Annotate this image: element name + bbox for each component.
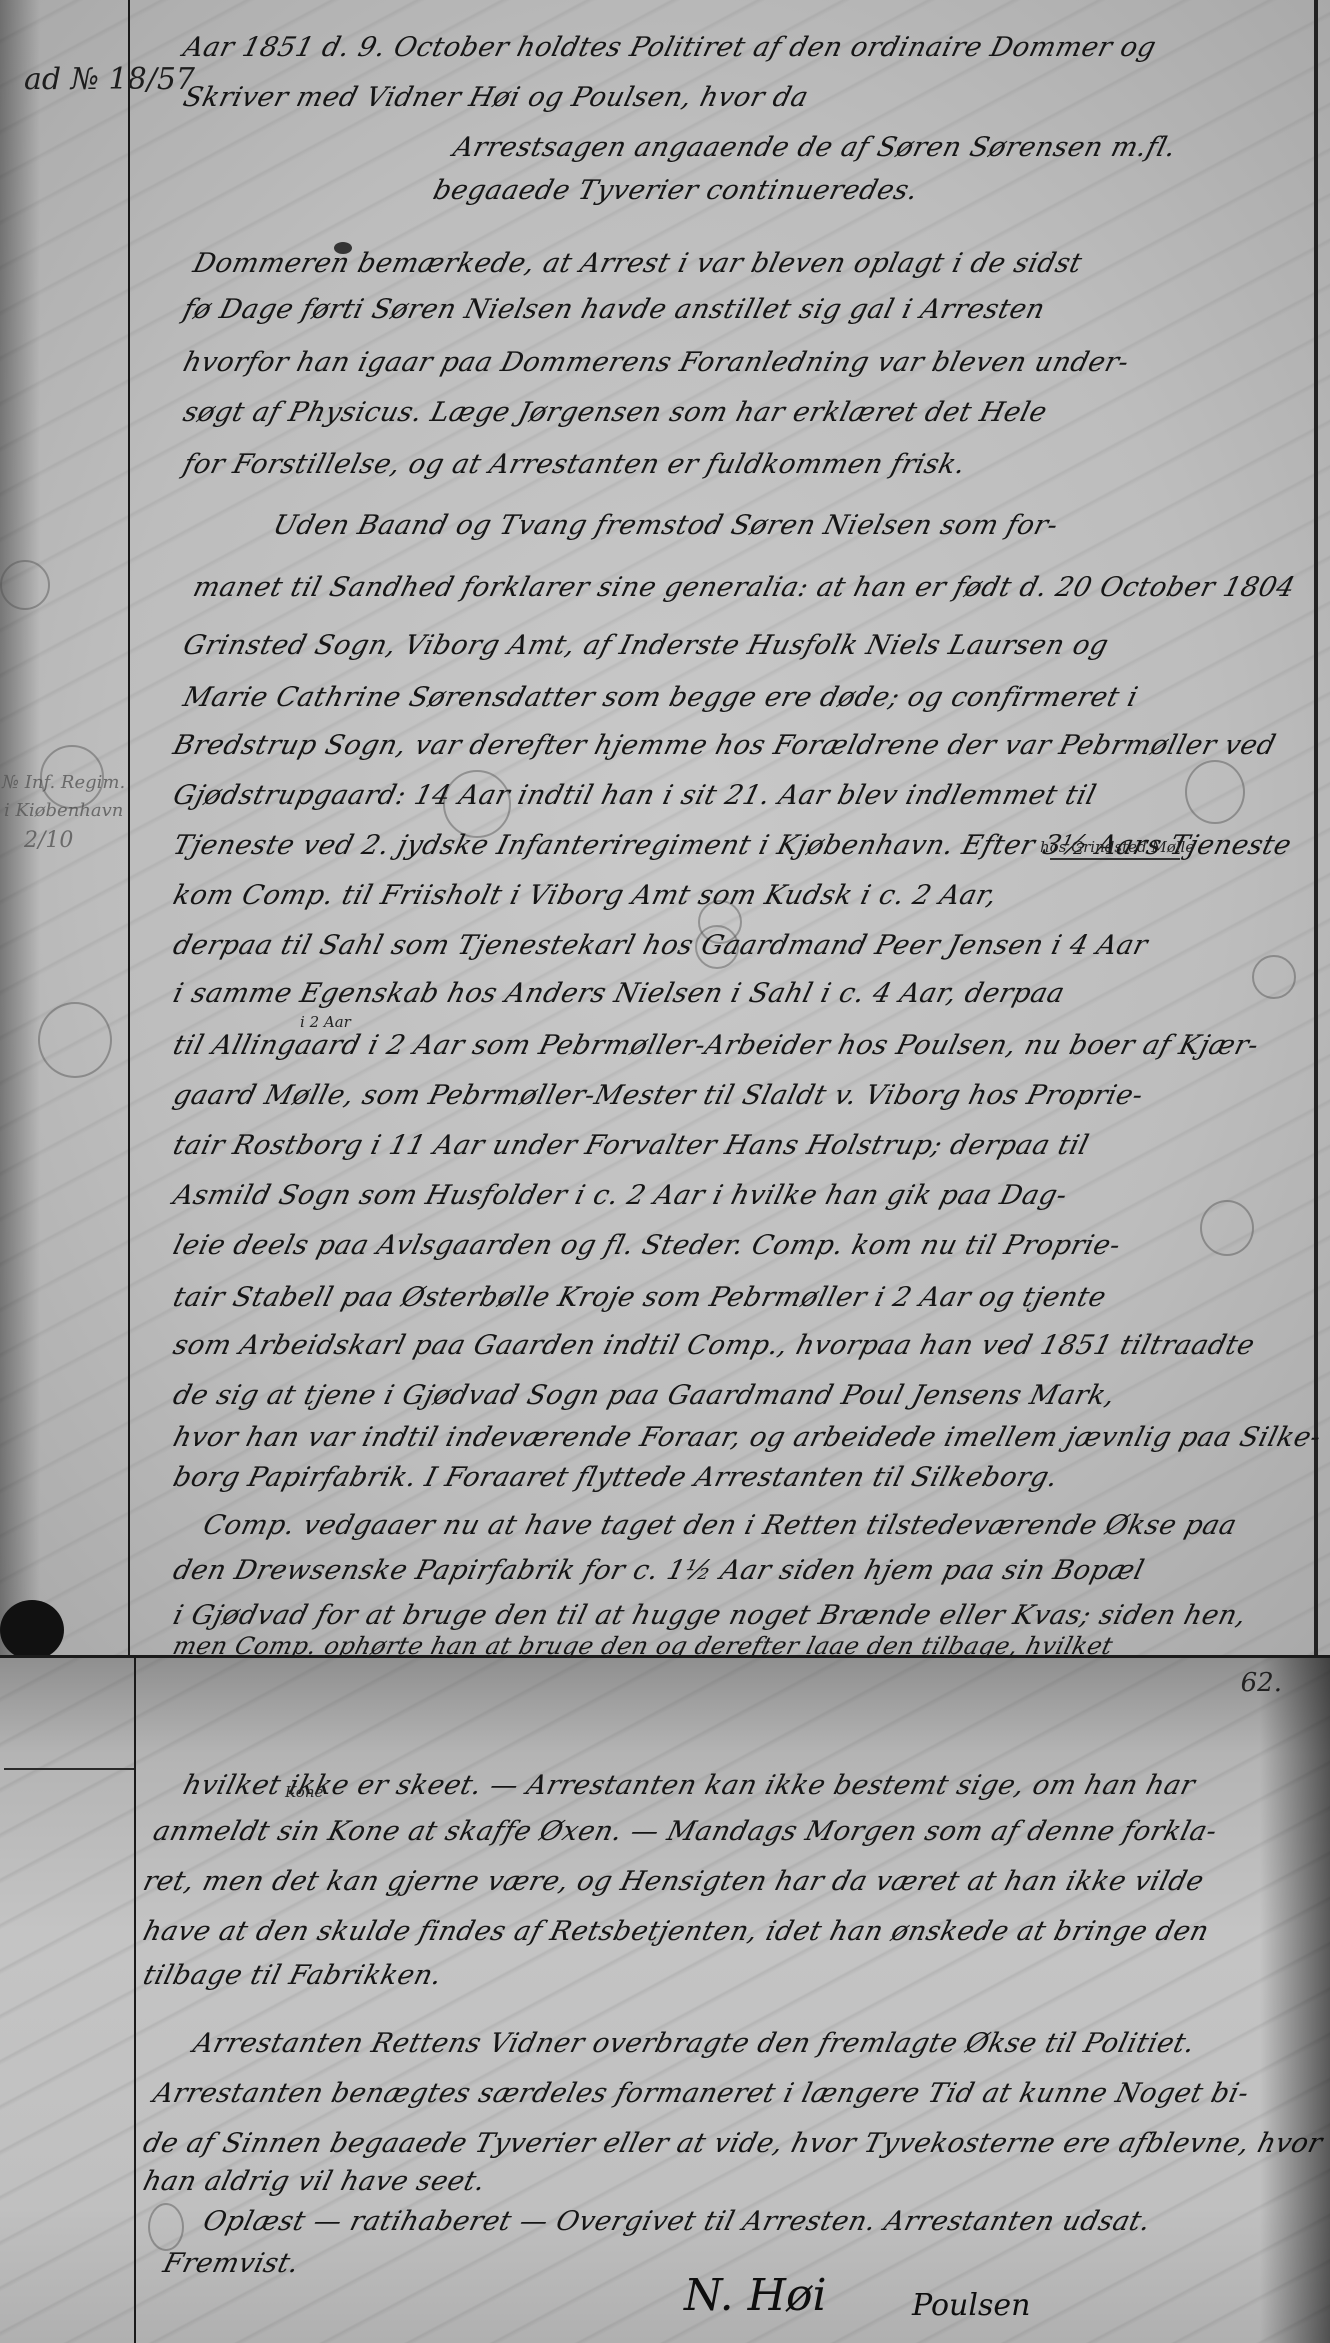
stamp-mark [1200, 1200, 1254, 1256]
stamp-mark [38, 1002, 112, 1078]
text-line: i Gjødvad for at bruge den til at hugge … [170, 1600, 1250, 1631]
signature-poulsen: Poulsen [912, 2288, 1030, 2323]
text-line: begaaede Tyverier continueredes. [430, 175, 921, 206]
margin-note-line-3: 2/10 [24, 828, 73, 853]
text-line: Uden Baand og Tvang fremstod Søren Niels… [270, 510, 1061, 541]
text-line: ret, men det kan gjerne være, og Hensigt… [140, 1866, 1207, 1897]
text-line: Arrestanten Rettens Vidner overbragte de… [190, 2028, 1198, 2059]
text-line: manet til Sandhed forklarer sine general… [190, 572, 1298, 603]
text-line: Gjødstrupgaard: 14 Aar indtil han i sit … [170, 780, 1099, 811]
text-line: Aar 1851 d. 9. October holdtes Politiret… [180, 32, 1159, 63]
text-line: gaard Mølle, som Pebrmøller-Mester til S… [170, 1080, 1146, 1111]
text-line: tair Stabell paa Østerbølle Kroje som Pe… [170, 1282, 1109, 1313]
text-line: han aldrig vil have seet. [140, 2166, 489, 2197]
text-line: Dommeren bemærkede, at Arrest i var blev… [190, 248, 1085, 279]
upper-manuscript-page: ad № 18/57 № Inf. Regim. i Kiøbenhavn 2/… [0, 0, 1330, 1658]
margin-rule [134, 1658, 136, 2343]
text-line: for Forstillelse, og at Arrestanten er f… [180, 449, 969, 480]
ink-blot [0, 1600, 64, 1658]
stamp-mark [40, 745, 104, 809]
text-line: Skriver med Vidner Høi og Poulsen, hvor … [180, 82, 812, 113]
stamp-mark [1252, 955, 1296, 999]
stamp-mark [1185, 760, 1245, 824]
text-line: de af Sinnen begaaede Tyverier eller at … [140, 2128, 1326, 2159]
interlinear-note: Kone [285, 1783, 323, 1801]
stamp-mark [0, 560, 50, 610]
margin-bracket [4, 1768, 134, 1770]
text-line: som Arbeidskarl paa Gaarden indtil Comp.… [170, 1330, 1258, 1361]
text-line: Grinsted Sogn, Viborg Amt, af Inderste H… [180, 630, 1112, 661]
text-line: til Allingaard i 2 Aar som Pebrmøller-Ar… [170, 1030, 1262, 1061]
signature-hoi: N. Høi [684, 2270, 827, 2321]
text-line: de sig at tjene i Gjødvad Sogn paa Gaard… [170, 1380, 1118, 1411]
text-line: tilbage til Fabrikken. [140, 1960, 445, 1991]
text-line: Arrestanten benægtes særdeles formaneret… [150, 2078, 1252, 2109]
text-line: i samme Egenskab hos Anders Nielsen i Sa… [170, 978, 1068, 1009]
underline [1050, 858, 1180, 860]
case-reference: ad № 18/57 [24, 62, 195, 97]
text-line: søgt af Physicus. Læge Jørgensen som har… [180, 397, 1050, 428]
text-line: Fremvist. [160, 2248, 303, 2279]
text-line: anmeldt sin Kone at skaffe Øxen. — Manda… [150, 1816, 1220, 1847]
text-line: borg Papirfabrik. I Foraaret flyttede Ar… [170, 1462, 1061, 1493]
text-line: Comp. vedgaaer nu at have taget den i Re… [200, 1510, 1240, 1541]
page-number: 62. [1241, 1668, 1282, 1698]
text-line: den Drewsenske Papirfabrik for c. 1½ Aar… [170, 1555, 1147, 1586]
text-line: Oplæst — ratihaberet — Overgivet til Arr… [200, 2206, 1154, 2237]
lower-manuscript-page: 62. hvilket ikke er skeet. — Arrestanten… [0, 1658, 1330, 2343]
margin-rule [128, 0, 130, 1658]
text-line: Bredstrup Sogn, var derefter hjemme hos … [170, 730, 1279, 761]
text-line: hvilket ikke er skeet. — Arrestanten kan… [180, 1770, 1198, 1801]
text-line: Asmild Sogn som Husfolder i c. 2 Aar i h… [170, 1180, 1070, 1211]
text-line: kom Comp. til Friisholt i Viborg Amt som… [170, 880, 1000, 911]
stamp-mark [148, 2203, 184, 2251]
interlinear-note: hos Grindsted Mølle [1040, 838, 1194, 856]
text-line: derpaa til Sahl som Tjenestekarl hos Gaa… [170, 930, 1151, 961]
text-line: Arrestsagen angaaende de af Søren Sørens… [450, 132, 1179, 163]
text-line: leie deels paa Avlsgaarden og fl. Steder… [170, 1230, 1124, 1261]
text-line: Marie Cathrine Sørensdatter som begge er… [180, 682, 1141, 713]
page-edge [1314, 0, 1318, 1658]
text-line: hvorfor han igaar paa Dommerens Foranled… [180, 347, 1132, 378]
text-line: hvor han var indtil indeværende Foraar, … [170, 1422, 1324, 1453]
text-line: fø Dage førti Søren Nielsen havde anstil… [180, 294, 1048, 325]
text-line: have at den skulde findes af Retsbetjent… [140, 1916, 1212, 1947]
text-line: tair Rostborg i 11 Aar under Forvalter H… [170, 1130, 1092, 1161]
interlinear-note: i 2 Aar [300, 1013, 351, 1031]
